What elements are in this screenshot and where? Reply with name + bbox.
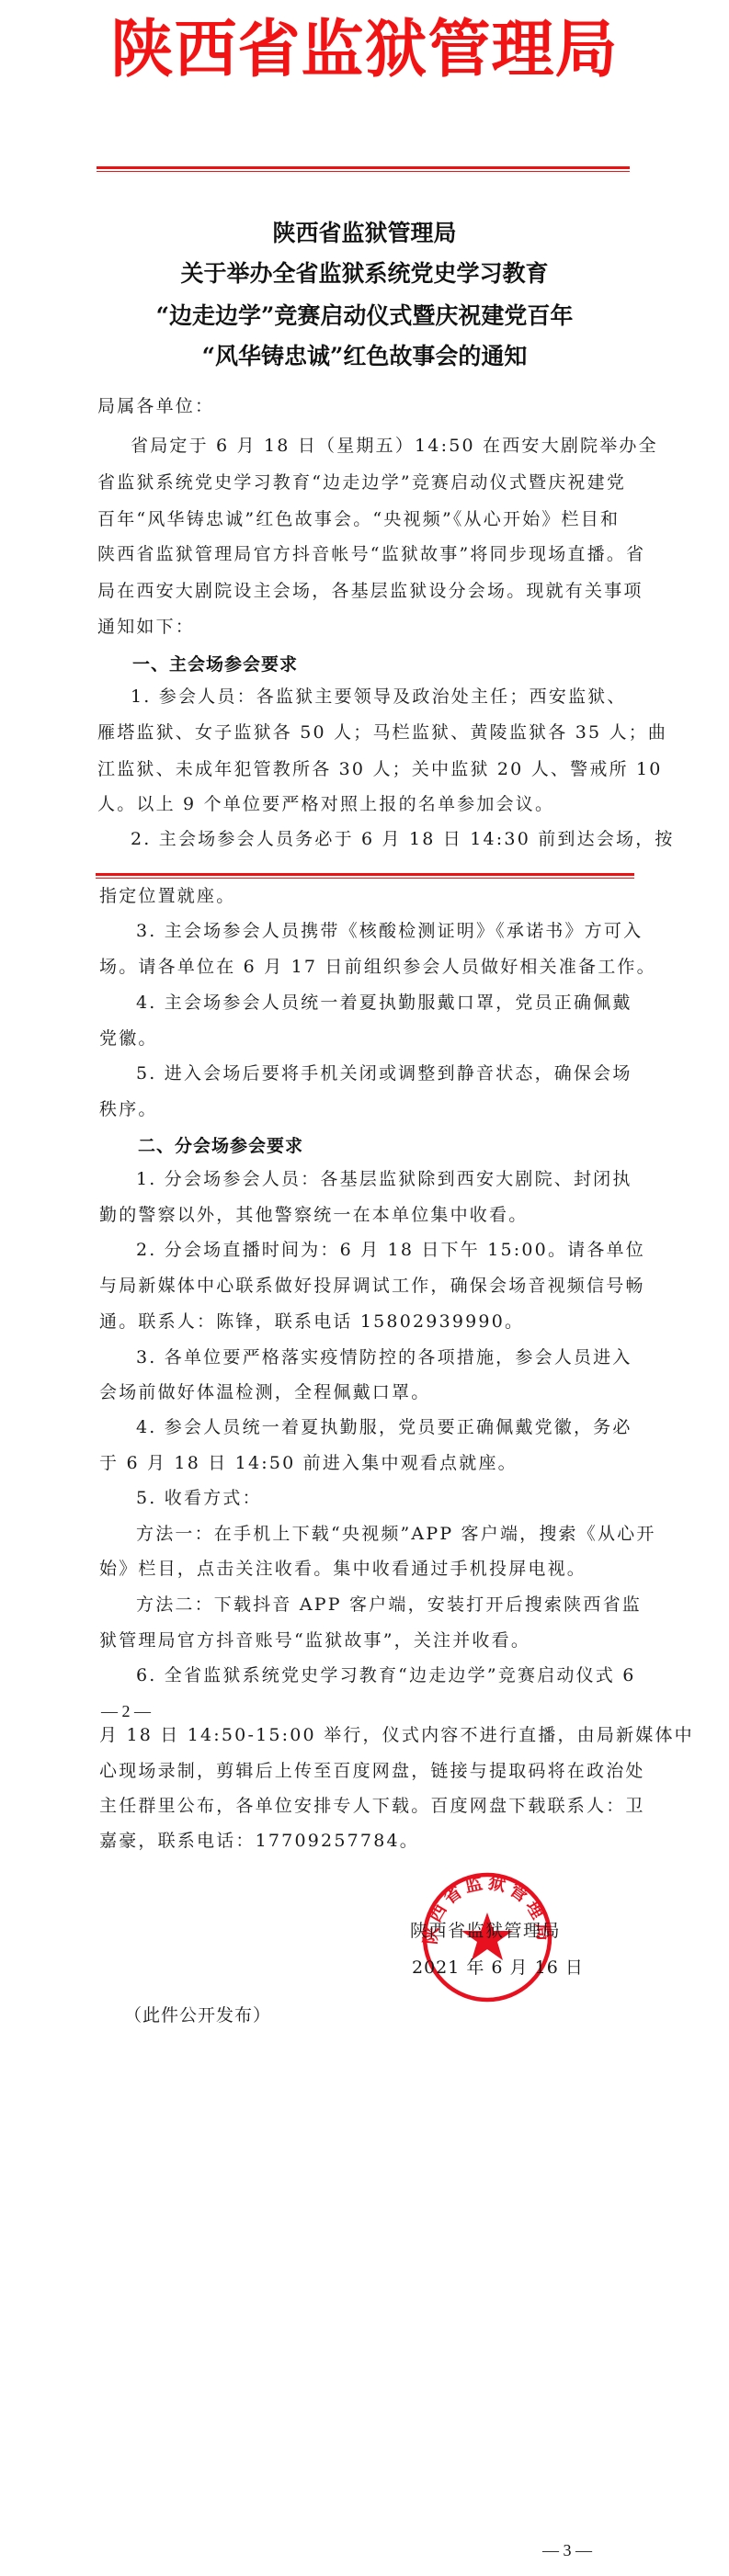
s2-item6-line: 嘉豪，联系电话：17709257784。 (99, 1827, 419, 1855)
document-title-line-3: “边走边学”竞赛启动仪式暨庆祝建党百年 (0, 296, 729, 336)
s2-method2-line: 方法二：下载抖音 APP 客户端，安装打开后搜索陕西省监 (136, 1591, 642, 1618)
s1-item1-line: 江监狱、未成年犯管教所各 30 人；关中监狱 20 人、警戒所 10 (97, 755, 663, 783)
document-title-line-4: “风华铸忠诚”红色故事会的通知 (0, 336, 729, 377)
s1-item2-line: 2. 主会场参会人员务必于 6 月 18 日 14:30 前到达会场，按 (131, 825, 675, 853)
intro-line: 局在西安大剧院设主会场，各基层监狱设分会场。现就有关事项 (97, 577, 644, 605)
intro-line: 省监狱系统党史学习教育“边走边学”竞赛启动仪式暨庆祝建党 (97, 469, 626, 496)
s1-item3-line: 3. 主会场参会人员携带《核酸检测证明》《承诺书》方可入 (136, 917, 643, 945)
s2-method1-line: 始》栏目，点击关注收看。集中收看通过手机投屏电视。 (99, 1555, 587, 1583)
signature-org: 陕西省监狱管理局 (410, 1917, 561, 1945)
s2-method1-line: 方法一：在手机上下载“央视频”APP 客户端，搜索《从心开 (136, 1520, 656, 1548)
s2-item2-line: 通。联系人：陈锋，联系电话 15802939990。 (99, 1308, 524, 1335)
section-2-heading: 二、分会场参会要求 (138, 1132, 303, 1157)
s1-item3-line: 场。请各单位在 6 月 17 日前组织参会人员做好相关准备工作。 (99, 953, 656, 981)
page-number-3: — 3 — (542, 2541, 592, 2560)
s2-method2-line: 狱管理局官方抖音账号“监狱故事”，关注并收看。 (99, 1627, 530, 1654)
page-break-divider (96, 873, 634, 879)
s2-item6-line: 心现场录制，剪辑后上传至百度网盘，链接与提取码将在政治处 (99, 1757, 645, 1785)
s2-item3-line: 3. 各单位要严格落实疫情防控的各项措施，参会人员进入 (136, 1344, 632, 1371)
s1-item4-line: 党徽。 (99, 1025, 158, 1052)
intro-line: 百年“风华铸忠诚”红色故事会。“央视频”《从心开始》栏目和 (97, 505, 620, 533)
document-title-line-2: 关于举办全省监狱系统党史学习教育 (0, 254, 729, 294)
s2-item4-line: 于 6 月 18 日 14:50 前进入集中观看点就座。 (99, 1449, 518, 1477)
publication-note: （此件公开发布） (124, 2002, 271, 2029)
masthead-title: 陕西省监狱管理局 (0, 13, 729, 86)
s2-item6-line: 6. 全省监狱系统党史学习教育“边走边学”竞赛启动仪式 6 (136, 1662, 636, 1689)
s1-item5-line: 5. 进入会场后要将手机关闭或调整到静音状态，确保会场 (136, 1060, 632, 1087)
intro-line: 省局定于 6 月 18 日（星期五）14:50 在西安大剧院举办全 (131, 432, 658, 460)
s2-item1-line: 勤的警察以外，其他警察统一在本单位集中收看。 (99, 1201, 528, 1229)
s2-item2-line: 与局新媒体中心联系做好投屏调试工作，确保会场音视频信号畅 (99, 1272, 645, 1299)
intro-line: 通知如下： (97, 613, 195, 641)
intro-line: 陕西省监狱管理局官方抖音帐号“监狱故事”将同步现场直播。省 (97, 540, 645, 568)
salutation: 局属各单位： (97, 392, 214, 420)
section-1-heading: 一、主会场参会要求 (132, 651, 298, 675)
s1-item5-line: 秩序。 (99, 1095, 158, 1123)
s2-item1-line: 1. 分会场参会人员：各基层监狱除到西安大剧院、封闭执 (136, 1165, 632, 1193)
s1-item1-line: 1. 参会人员：各监狱主要领导及政治处主任；西安监狱、 (131, 683, 627, 710)
s1-item4-line: 4. 主会场参会人员统一着夏执勤服戴口罩，党员正确佩戴 (136, 989, 632, 1016)
s1-item1-line: 雁塔监狱、女子监狱各 50 人；马栏监狱、黄陵监狱各 35 人；曲 (97, 719, 667, 746)
s2-item6-line: 主任群里公布，各单位安排专人下载。百度网盘下载联系人：卫 (99, 1792, 645, 1820)
masthead-divider (97, 166, 630, 172)
s2-item6-line: 月 18 日 14:50-15:00 举行，仪式内容不进行直播，由局新媒体中 (99, 1721, 694, 1749)
page-number-2: — 2 — (101, 1702, 151, 1721)
s1-item2-line: 指定位置就座。 (99, 882, 235, 910)
s2-item5-line: 5. 收看方式： (136, 1484, 262, 1512)
s1-item1-line: 人。以上 9 个单位要严格对照上报的名单参加会议。 (97, 790, 554, 818)
document-title-line-1: 陕西省监狱管理局 (0, 213, 729, 254)
signature-date: 2021 年 6 月 16 日 (412, 1954, 584, 1981)
s2-item2-line: 2. 分会场直播时间为：6 月 18 日下午 15:00。请各单位 (136, 1236, 645, 1264)
s2-item3-line: 会场前做好体温检测，全程佩戴口罩。 (99, 1379, 430, 1406)
s2-item4-line: 4. 参会人员统一着夏执勤服，党员要正确佩戴党徽，务必 (136, 1413, 632, 1441)
